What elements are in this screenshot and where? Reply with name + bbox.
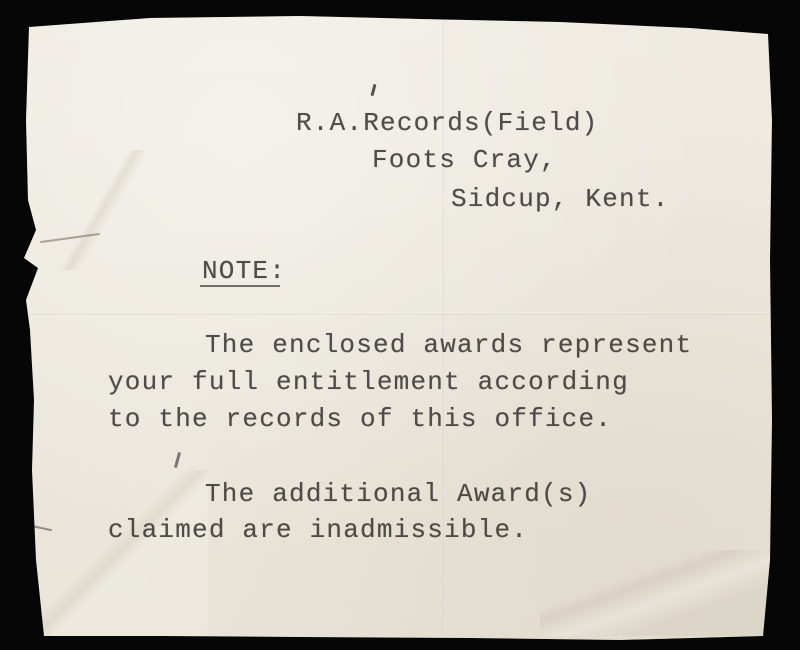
body-text-line: to the records of this office.: [108, 406, 612, 432]
document-photo: R.A.Records(Field) Foots Cray, Sidcup, K…: [0, 0, 800, 650]
tear-mark: [30, 525, 52, 532]
paper-sheet: R.A.Records(Field) Foots Cray, Sidcup, K…: [0, 0, 800, 650]
fold-crease-bottom-left: [28, 470, 208, 636]
body-text-line: The enclosed awards represent: [205, 332, 692, 358]
fold-crease-top-left: [28, 150, 168, 270]
body-text-line: claimed are inadmissible.: [108, 517, 528, 543]
tear-mark: [40, 233, 100, 243]
address-line: Sidcup, Kent.: [451, 186, 669, 212]
address-line: R.A.Records(Field): [296, 110, 598, 136]
fold-crease-bottom-right: [540, 550, 770, 636]
ink-mark: [370, 84, 376, 96]
ink-mark: [174, 452, 181, 468]
heading-underline: [200, 285, 280, 287]
note-heading: NOTE:: [202, 258, 286, 284]
address-line: Foots Cray,: [372, 147, 557, 173]
body-text-line: The additional Award(s): [205, 481, 591, 507]
body-text-line: your full entitlement according: [108, 369, 629, 395]
fold-crease-horizontal: [30, 312, 770, 315]
